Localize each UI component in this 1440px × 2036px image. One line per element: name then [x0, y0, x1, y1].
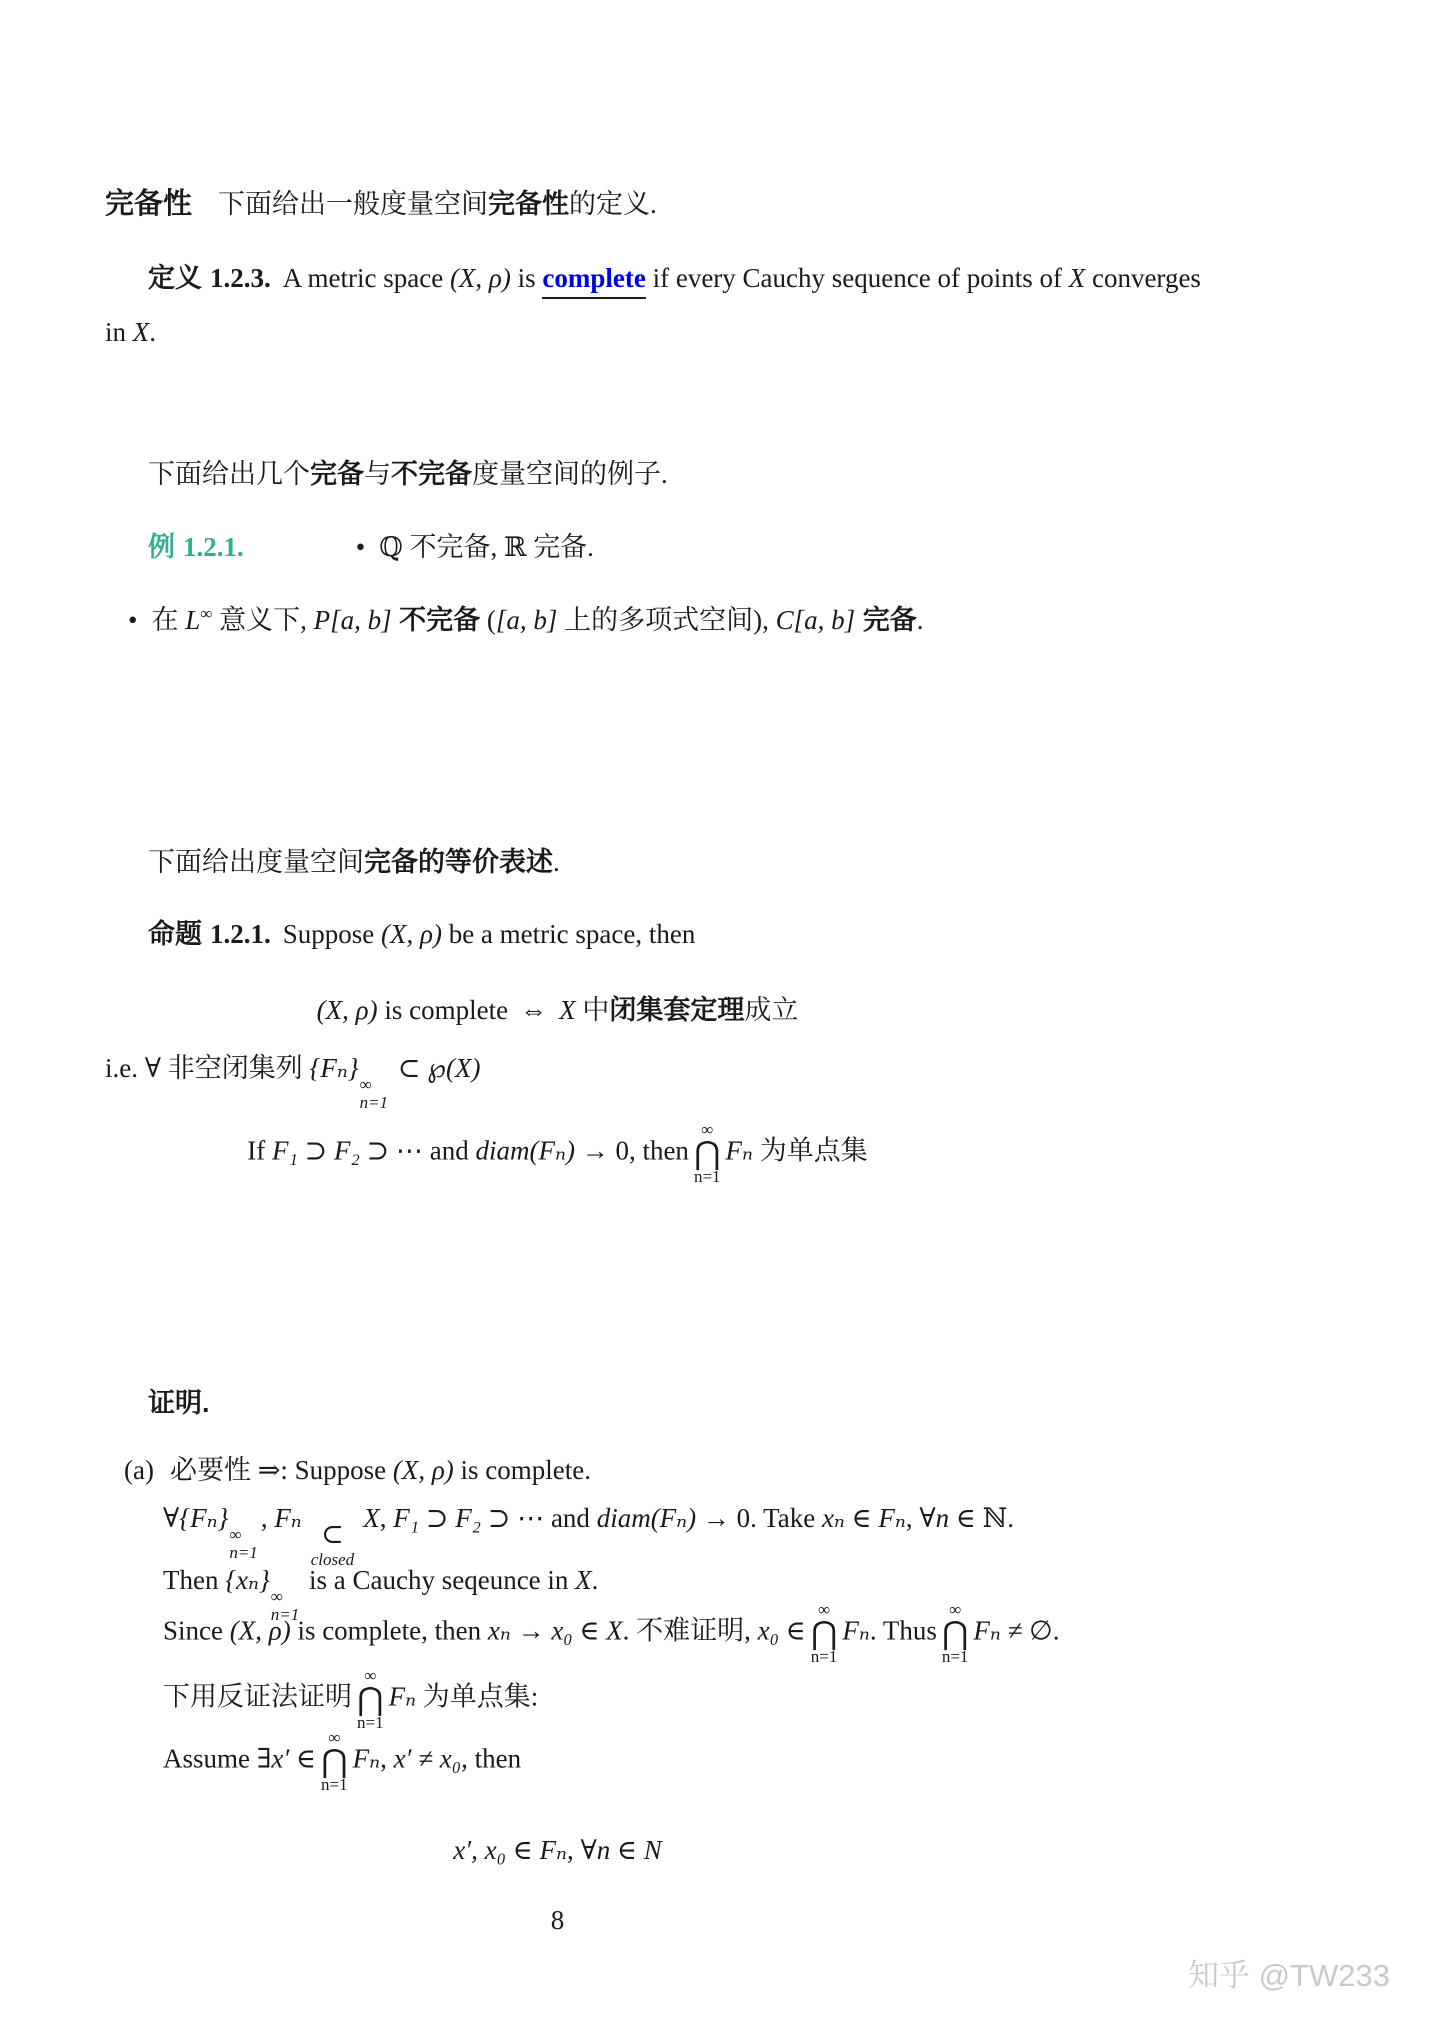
text-segment: is complete: [378, 995, 508, 1025]
text-segment: 意义下,: [212, 605, 313, 635]
limits-subsup: ∞n=1: [360, 1076, 388, 1112]
math-segment: ℚ: [379, 532, 403, 562]
proof-line-4: 下用反证法证明∞⋂n=1Fₙ 为单点集:: [163, 1668, 538, 1731]
text-segment: A metric space: [283, 263, 450, 293]
iff-arrow-icon: ⇔: [520, 995, 547, 1025]
text-segment: Since: [163, 1616, 230, 1646]
subscript: n=1: [360, 1094, 388, 1112]
math-segment: F₁ ⊃ F₂ ⊃ ⋯: [272, 1136, 423, 1166]
text-segment: , ∀: [906, 1503, 936, 1533]
superscript: ∞: [229, 1526, 241, 1544]
math-segment: Fₙ: [389, 1682, 416, 1712]
text-segment: Assume ∃: [163, 1744, 271, 1774]
math-segment: xₙ ∈ Fₙ: [822, 1503, 906, 1533]
text-segment: and: [423, 1136, 475, 1166]
math-segment: F₁ ⊃ F₂ ⊃ ⋯: [393, 1503, 544, 1533]
text-segment: is complete.: [454, 1455, 591, 1485]
math-segment: X: [1069, 263, 1086, 293]
section-heading-line: 完备性下面给出一般度量空间完备性的定义.: [105, 185, 657, 224]
text-segment: (: [480, 605, 496, 635]
intersection-icon: ⋂: [811, 1618, 837, 1648]
math-segment: {Fₙ}: [310, 1053, 359, 1083]
text-segment: . 不难证明,: [623, 1616, 758, 1646]
text-segment: is: [511, 263, 543, 293]
example-bullet-2: •在 L∞ 意义下, P[a, b] 不完备 ([a, b] 上的多项式空间),…: [128, 602, 923, 638]
text-segment: ,: [380, 1744, 394, 1774]
text-segment: Suppose: [283, 919, 381, 949]
intersection-operator: ∞⋂n=1: [942, 1602, 969, 1665]
text-segment: 中: [576, 995, 610, 1025]
math-segment: N: [644, 1835, 662, 1865]
text-segment: → 0, then: [575, 1136, 689, 1166]
proposition-line: 命题1.2.1.Suppose (X, ρ) be a metric space…: [148, 916, 695, 952]
math-segment: diam(Fₙ): [476, 1136, 575, 1166]
proof-line-3: Since (X, ρ) is complete, then xₙ → x₀ ∈…: [163, 1602, 1059, 1665]
text-segment: 为单点集: [753, 1136, 868, 1166]
proof-case-a-line: (a)必要性 ⇒: Suppose (X, ρ) is complete.: [124, 1452, 591, 1488]
math-segment: Fₙ ≠ ∅: [973, 1616, 1052, 1646]
math-segment: diam(Fₙ): [597, 1503, 696, 1533]
definition-line-2: in X.: [105, 314, 156, 350]
text-segment: → 0. Take: [696, 1503, 822, 1533]
math-segment: n: [936, 1503, 950, 1533]
text-segment: 上的多项式空间),: [557, 605, 775, 635]
limits-subsup: ∞n=1: [229, 1526, 257, 1562]
intersection-operator: ∞⋂n=1: [321, 1730, 348, 1793]
nary-lower-limit: n=1: [357, 1715, 384, 1731]
text-segment: ,: [261, 1503, 275, 1533]
text-segment: 下面给出一般度量空间: [218, 189, 488, 219]
math-segment: x₀ ∈: [758, 1616, 806, 1646]
bold-term: 不完备: [391, 459, 472, 489]
text-segment: ∈: [289, 1744, 316, 1774]
text-segment: .: [149, 317, 156, 347]
proposition-intro-line: 下面给出度量空间完备的等价表述.: [148, 844, 560, 880]
text-segment: , then: [461, 1744, 521, 1774]
section-heading: 完备性: [105, 188, 192, 220]
math-segment: n: [597, 1835, 611, 1865]
bold-term: 不完备: [392, 605, 481, 635]
definition-label-cn: 定义: [148, 263, 202, 293]
math-segment: (X, ρ): [393, 1455, 454, 1485]
definition-label-number: 1.2.3.: [210, 263, 271, 293]
bullet-icon: •: [128, 605, 137, 635]
bold-term: 完备性: [488, 189, 569, 219]
intersection-icon: ⋂: [942, 1618, 968, 1648]
text-segment: . Thus: [870, 1616, 937, 1646]
page-number: 8: [105, 1902, 1010, 1938]
math-segment: P[a, b]: [314, 605, 392, 635]
text-segment: if every Cauchy sequence of points of: [646, 263, 1069, 293]
text-segment: 在: [151, 605, 185, 635]
proposition-label-number: 1.2.1.: [210, 919, 271, 949]
text-segment: 成立: [744, 995, 798, 1025]
bold-term: 完备: [855, 605, 917, 635]
text-segment: 为单点集:: [416, 1682, 538, 1712]
display-equation: x′, x₀ ∈ Fₙ, ∀n ∈ N: [105, 1832, 1010, 1868]
math-segment: {Fₙ}: [179, 1503, 228, 1533]
math-segment: x′ ≠ x₀: [394, 1744, 462, 1774]
item-label: (a): [124, 1455, 154, 1485]
math-segment: (X, ρ): [230, 1616, 291, 1646]
text-segment: 完备.: [526, 532, 594, 562]
bold-term: 完备的等价表述: [364, 847, 553, 877]
text-segment: 必要性 ⇒: Suppose: [170, 1455, 393, 1485]
text-segment: 与: [364, 459, 391, 489]
math-segment: x′: [271, 1744, 289, 1774]
math-segment: {xₙ}: [225, 1565, 270, 1595]
complete-link[interactable]: complete: [542, 263, 645, 299]
math-segment: Fₙ: [274, 1503, 301, 1533]
superscript: ∞: [200, 604, 212, 623]
text-segment: .: [917, 605, 924, 635]
example-bullet-1: •ℚ 不完备, ℝ 完备.: [356, 532, 594, 562]
text-segment: i.e. ∀ 非空闭集列: [105, 1053, 310, 1083]
text-segment: 下用反证法证明: [163, 1682, 352, 1712]
intersection-icon: ⋂: [694, 1138, 720, 1168]
intersection-icon: ⋂: [357, 1684, 383, 1714]
intersection-operator: ∞⋂n=1: [357, 1668, 384, 1731]
text-segment: If: [247, 1136, 272, 1166]
math-segment: xₙ → x₀ ∈ X: [488, 1616, 623, 1646]
text-segment: be a metric space, then: [442, 919, 695, 949]
math-segment: L: [185, 605, 200, 635]
text-segment: , ∀: [567, 1835, 597, 1865]
nary-lower-limit: n=1: [321, 1777, 348, 1793]
bullet-icon: •: [356, 532, 365, 562]
math-segment: Fₙ: [726, 1136, 753, 1166]
math-segment: (X, ρ): [381, 919, 442, 949]
subscript: n=1: [229, 1544, 257, 1562]
example-label-number: 1.2.1.: [183, 532, 244, 562]
math-segment: Fₙ: [353, 1744, 380, 1774]
watermark: 知乎 @TW233: [1188, 1950, 1390, 1995]
math-segment: Fₙ: [842, 1616, 869, 1646]
nary-lower-limit: n=1: [694, 1169, 721, 1185]
text-segment: ∈: [610, 1835, 644, 1865]
math-segment: ℝ: [504, 532, 526, 562]
math-segment: ℘(X): [427, 1053, 480, 1083]
intersection-operator: ∞⋂n=1: [811, 1602, 838, 1665]
bold-term: 完备: [310, 459, 364, 489]
text-segment: 下面给出几个: [148, 459, 310, 489]
proof-heading-text: 证明.: [148, 1388, 210, 1418]
definition-line-1: 定义1.2.3.A metric space (X, ρ) is complet…: [148, 260, 1201, 296]
text-segment: 不完备,: [403, 532, 504, 562]
intersection-icon: ⋂: [321, 1746, 347, 1776]
math-segment: (X, ρ): [450, 263, 511, 293]
example-label-line: 例1.2.1.•ℚ 不完备, ℝ 完备.: [148, 529, 594, 565]
text-segment: is complete, then: [291, 1616, 488, 1646]
example-label-cn: 例: [148, 532, 175, 562]
nested-sets-formula: If F₁ ⊃ F₂ ⊃ ⋯ and diam(Fₙ) → 0, then∞⋂n…: [105, 1122, 1010, 1185]
proposition-label-cn: 命题: [148, 919, 202, 949]
math-segment: (X, ρ): [317, 995, 378, 1025]
ie-line: i.e. ∀ 非空闭集列 {Fₙ}∞n=1 ⊂ ℘(X): [105, 1050, 480, 1112]
text-segment: 下面给出度量空间: [148, 847, 364, 877]
subset-icon: ⊂: [321, 1521, 344, 1548]
text-segment: ∈ ℕ.: [949, 1503, 1014, 1533]
examples-intro-line: 下面给出几个完备与不完备度量空间的例子.: [148, 456, 668, 492]
equivalence-formula: (X, ρ) is complete⇔X 中闭集套定理成立: [105, 992, 1010, 1028]
math-segment: X: [133, 317, 150, 347]
math-segment: X: [575, 1565, 592, 1595]
text-segment: and: [544, 1503, 596, 1533]
subset-closed-stack: ⊂closed: [311, 1521, 354, 1568]
math-segment: x′, x₀ ∈ Fₙ: [453, 1835, 567, 1865]
text-segment: ⊂: [391, 1053, 427, 1083]
text-segment: .: [1053, 1616, 1060, 1646]
text-segment: .: [592, 1565, 599, 1595]
math-segment: [a, b]: [496, 605, 558, 635]
text-segment: is a Cauchy seqeunce in: [302, 1565, 575, 1595]
text-segment: ,: [380, 1503, 394, 1533]
text-segment: Then: [163, 1565, 225, 1595]
text-segment: converges: [1085, 263, 1201, 293]
text-segment: in: [105, 317, 133, 347]
math-segment: X: [559, 995, 576, 1025]
text-segment: 度量空间的例子.: [472, 459, 668, 489]
superscript: ∞: [360, 1076, 372, 1094]
nary-lower-limit: n=1: [811, 1649, 838, 1665]
math-segment: C[a, b]: [776, 605, 856, 635]
document-page: 完备性下面给出一般度量空间完备性的定义. 定义1.2.3.A metric sp…: [0, 0, 1440, 2036]
bold-term: 闭集套定理: [609, 995, 744, 1025]
intersection-operator: ∞⋂n=1: [694, 1122, 721, 1185]
proof-heading: 证明.: [148, 1385, 210, 1421]
nary-lower-limit: n=1: [942, 1649, 969, 1665]
text-segment: 的定义.: [569, 189, 657, 219]
math-segment: X: [363, 1503, 380, 1533]
text-segment: ∀: [163, 1503, 179, 1533]
proof-line-1: ∀{Fₙ}∞n=1, Fₙ⊂closedX, F₁ ⊃ F₂ ⊃ ⋯ and d…: [163, 1500, 1014, 1568]
text-segment: .: [553, 847, 560, 877]
proof-line-5: Assume ∃x′ ∈∞⋂n=1Fₙ, x′ ≠ x₀, then: [163, 1730, 521, 1793]
